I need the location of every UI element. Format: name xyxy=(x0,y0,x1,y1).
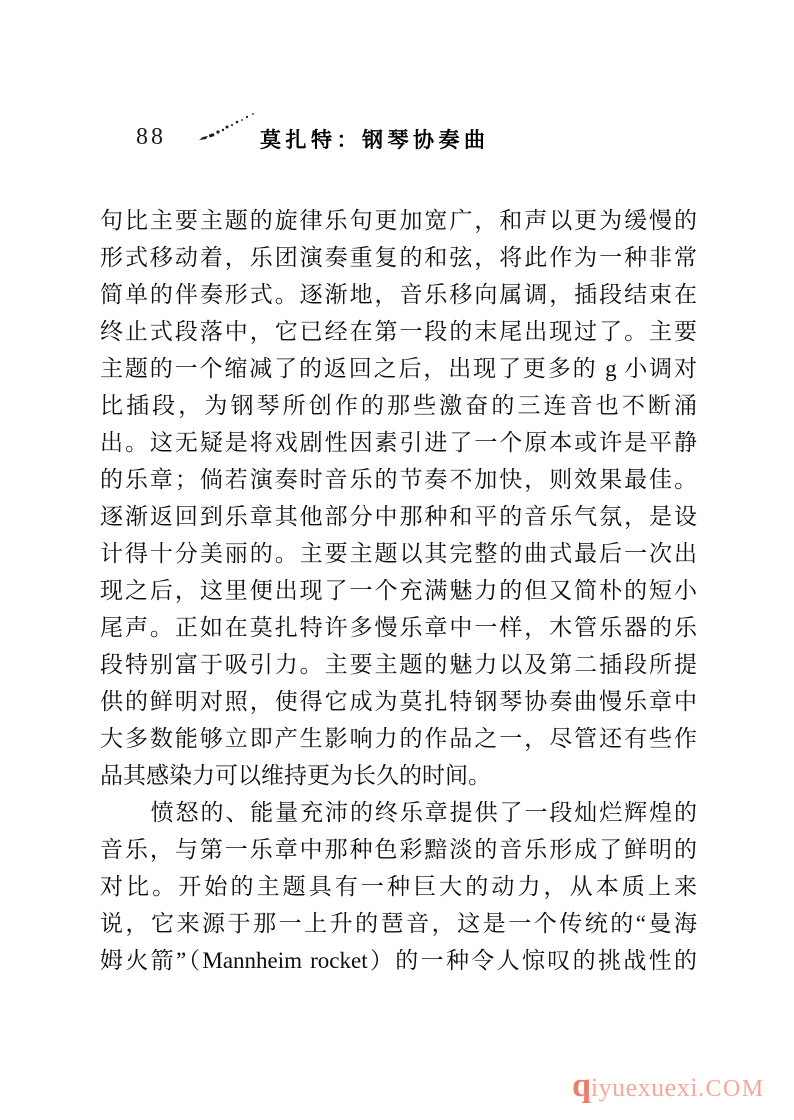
page-header-title: 莫扎特：钢琴协奏曲 xyxy=(260,124,490,154)
text-line: 音乐，与第一乐章中那种色彩黯淡的音乐形成了鲜明的 xyxy=(100,831,697,868)
text-line: 逐渐返回到乐章其他部分中那种和平的音乐气氛，是设 xyxy=(100,498,697,535)
book-page: 88 莫扎特：钢琴协奏曲 句比主要主题的旋律乐句更加宽广，和声以更为缓慢的 形式… xyxy=(0,0,794,1120)
text-line: 大多数能够立即产生影响力的作品之一，尽管还有些作 xyxy=(100,720,697,757)
watermark-name: iyuexuexi xyxy=(591,1073,698,1102)
text-line: 出。这无疑是将戏剧性因素引进了一个原本或许是平静 xyxy=(100,424,697,461)
watermark-prefix: q xyxy=(572,1067,591,1104)
text-line: 终止式段落中，它已经在第一段的末尾出现过了。主要 xyxy=(100,313,697,350)
text-line: 愤怒的、能量充沛的终乐章提供了一段灿烂辉煌的 xyxy=(100,794,697,831)
text-line: 姆火箭”（Mannheim rocket）的一种令人惊叹的挑战性的 xyxy=(100,942,697,979)
text-line: 品其感染力可以维持更为长久的时间。 xyxy=(100,757,697,794)
text-line: 形式移动着，乐团演奏重复的和弦，将此作为一种非常 xyxy=(100,239,697,276)
page-number: 88 xyxy=(136,124,166,151)
text-line: 尾声。正如在莫扎特许多慢乐章中一样，木管乐器的乐 xyxy=(100,609,697,646)
text-line: 供的鲜明对照，使得它成为莫扎特钢琴协奏曲慢乐章中 xyxy=(100,683,697,720)
text-line: 现之后，这里便出现了一个充满魅力的但又简朴的短小 xyxy=(100,572,697,609)
text-line: 句比主要主题的旋律乐句更加宽广，和声以更为缓慢的 xyxy=(100,202,697,239)
text-line: 的乐章；倘若演奏时音乐的节奏不加快，则效果最佳。 xyxy=(100,461,697,498)
text-line: 说，它来源于那一上升的琶音，这是一个传统的“曼海 xyxy=(100,905,697,942)
text-line: 主题的一个缩减了的返回之后，出现了更多的 g 小调对 xyxy=(100,350,697,387)
watermark: qiyuexuexi.COM xyxy=(572,1068,765,1110)
text-line: 段特别富于吸引力。主要主题的魅力以及第二插段所提 xyxy=(100,646,697,683)
text-line: 对比。开始的主题具有一种巨大的动力，从本质上来 xyxy=(100,868,697,905)
ink-flourish-icon xyxy=(196,110,262,148)
watermark-tld: .COM xyxy=(698,1076,765,1102)
text-line: 比插段，为钢琴所创作的那些激奋的三连音也不断涌 xyxy=(100,387,697,424)
text-line: 计得十分美丽的。主要主题以其完整的曲式最后一次出 xyxy=(100,535,697,572)
text-line: 简单的伴奏形式。逐渐地，音乐移向属调，插段结束在 xyxy=(100,276,697,313)
body-text: 句比主要主题的旋律乐句更加宽广，和声以更为缓慢的 形式移动着，乐团演奏重复的和弦… xyxy=(100,202,697,979)
